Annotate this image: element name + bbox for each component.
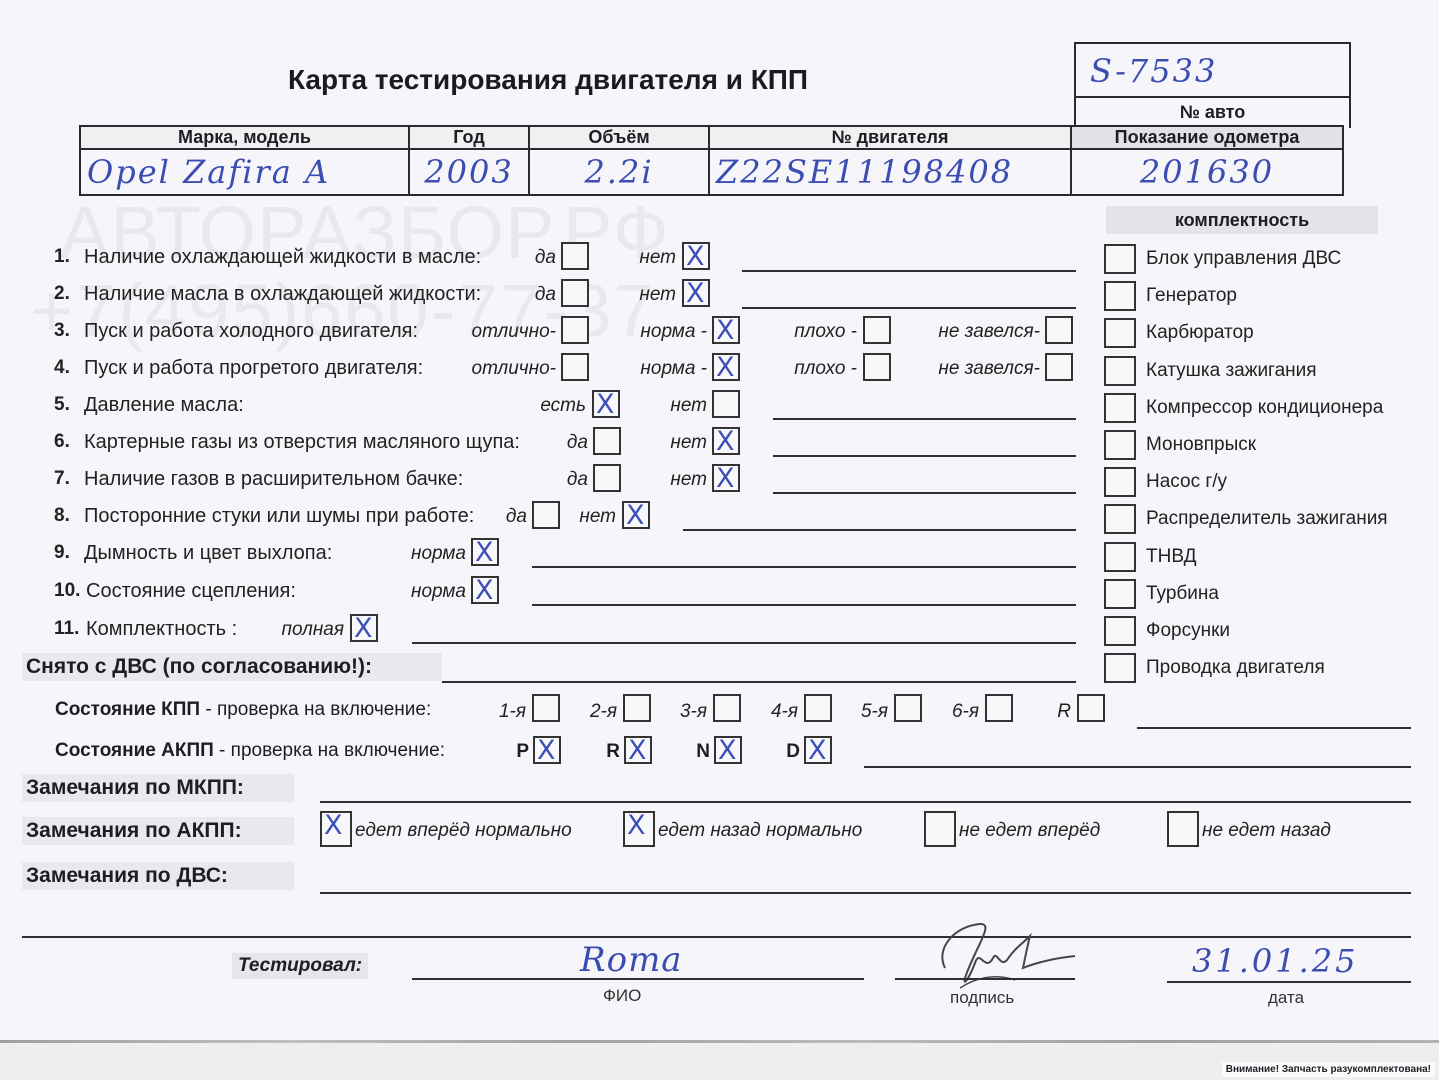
extra-remarks-line[interactable]: [22, 936, 1411, 938]
check-option-label: отлично-: [472, 321, 556, 343]
check-option-checkbox[interactable]: [712, 390, 740, 418]
gear-label: 6-я: [952, 701, 979, 723]
akpp-mode-checkbox[interactable]: [804, 736, 832, 764]
check-option-checkbox[interactable]: [1045, 316, 1073, 344]
akpp-remark-label: едет назад нормально: [658, 820, 862, 842]
odometer-value[interactable]: 201630: [1071, 149, 1343, 195]
gear-label: R: [1057, 701, 1071, 723]
kpp-label: Состояние КПП - проверка на включение:: [55, 699, 431, 721]
check-option-label: нет: [639, 284, 676, 306]
completeness-checkbox[interactable]: [1104, 542, 1136, 572]
check-option-label: норма: [411, 543, 466, 565]
check-option-label: нет: [670, 432, 707, 454]
check-number: 6.: [54, 431, 70, 453]
check-number: 11.: [54, 618, 79, 640]
akpp-remark-label: не едет вперёд: [959, 820, 1100, 842]
mkpp-remarks-line[interactable]: [320, 801, 1411, 803]
check-label: Состояние сцепления:: [86, 580, 296, 603]
akpp-mode-label: R: [606, 741, 620, 763]
col-year: Год: [409, 126, 529, 149]
completeness-item[interactable]: Распределитель зажигания: [1104, 504, 1388, 534]
akpp-remark-label: едет вперёд нормально: [355, 820, 572, 842]
dvs-remarks-line[interactable]: [320, 892, 1411, 894]
check-option-label: да: [567, 469, 588, 491]
check-notes-line[interactable]: [773, 492, 1076, 494]
date-value[interactable]: 31.01.25: [1192, 942, 1359, 980]
completeness-item[interactable]: Компрессор кондиционера: [1104, 393, 1383, 423]
signature-mark[interactable]: [935, 918, 1085, 998]
completeness-item-label: Моновпрыск: [1146, 434, 1256, 455]
completeness-checkbox[interactable]: [1104, 616, 1136, 646]
check-option-checkbox[interactable]: [593, 464, 621, 492]
check-option-label: норма -: [640, 358, 707, 380]
check-option-label: полная: [282, 619, 345, 641]
check-number: 4.: [54, 357, 70, 379]
gear-label: 5-я: [861, 701, 888, 723]
gear-checkbox[interactable]: [532, 694, 560, 722]
check-number: 7.: [54, 468, 70, 490]
removed-parts-label: Снято с ДВС (по согласованию!):: [22, 653, 442, 681]
completeness-item-label: Генератор: [1146, 285, 1237, 306]
check-option-checkbox[interactable]: [561, 316, 589, 344]
check-option-checkbox[interactable]: [682, 242, 710, 270]
completeness-item-label: Карбюратор: [1146, 322, 1254, 343]
check-option-checkbox[interactable]: [593, 427, 621, 455]
date-caption: дата: [1268, 988, 1304, 1008]
signature-line[interactable]: [895, 978, 1075, 980]
check-option-checkbox[interactable]: [712, 464, 740, 492]
check-option-checkbox[interactable]: [712, 427, 740, 455]
completeness-item-label: Блок управления ДВС: [1146, 248, 1341, 269]
completeness-item-label: Катушка зажигания: [1146, 360, 1317, 381]
check-number: 5.: [54, 394, 70, 416]
auto-number-value[interactable]: S-7533: [1090, 52, 1217, 90]
mkpp-remarks-label: Замечания по МКПП:: [22, 774, 294, 802]
gear-label: 4-я: [771, 701, 798, 723]
completeness-item[interactable]: Блок управления ДВС: [1104, 244, 1341, 274]
gear-checkbox[interactable]: [894, 694, 922, 722]
check-option-checkbox[interactable]: [863, 316, 891, 344]
check-option-checkbox[interactable]: [350, 614, 378, 642]
completeness-checkbox[interactable]: [1104, 318, 1136, 348]
akpp-mode-checkbox[interactable]: [533, 736, 561, 764]
completeness-checkbox[interactable]: [1104, 504, 1136, 534]
check-option-checkbox[interactable]: [592, 390, 620, 418]
date-line[interactable]: [1167, 981, 1411, 983]
year-value[interactable]: 2003: [409, 149, 529, 195]
completeness-item-label: Компрессор кондиционера: [1146, 397, 1383, 418]
check-notes-line[interactable]: [412, 642, 1076, 644]
completeness-item[interactable]: Проводка двигателя: [1104, 653, 1325, 683]
check-notes-line[interactable]: [683, 529, 1076, 531]
gear-label: 2-я: [590, 701, 617, 723]
make-model-value[interactable]: Opel Zafira A: [80, 149, 409, 195]
gear-checkbox[interactable]: [713, 694, 741, 722]
kpp-notes-line[interactable]: [1137, 727, 1411, 729]
dvs-remarks-label: Замечания по ДВС:: [22, 862, 294, 890]
akpp-mode-label: D: [786, 741, 800, 763]
akpp-remark-checkbox[interactable]: [1167, 811, 1199, 847]
check-option-label: норма: [411, 581, 466, 603]
completeness-checkbox[interactable]: [1104, 244, 1136, 274]
vehicle-info-table: Марка, модель Год Объём № двигателя Пока…: [79, 125, 1344, 196]
check-option-checkbox[interactable]: [1045, 353, 1073, 381]
check-option-label: нет: [670, 395, 707, 417]
completeness-item[interactable]: Форсунки: [1104, 616, 1230, 646]
volume-value[interactable]: 2.2i: [529, 149, 709, 195]
check-option-label: да: [535, 284, 556, 306]
completeness-item[interactable]: ТНВД: [1104, 542, 1196, 572]
completeness-checkbox[interactable]: [1104, 356, 1136, 386]
check-option-label: да: [506, 506, 527, 528]
check-notes-line[interactable]: [742, 270, 1076, 272]
check-option-checkbox[interactable]: [471, 576, 499, 604]
completeness-item[interactable]: Катушка зажигания: [1104, 356, 1317, 386]
check-option-label: норма -: [640, 321, 707, 343]
completeness-item-label: Распределитель зажигания: [1146, 508, 1388, 529]
check-notes-line[interactable]: [773, 455, 1076, 457]
check-label: Картерные газы из отверстия масляного щу…: [84, 431, 520, 454]
check-option-label: нет: [579, 506, 616, 528]
check-number: 10.: [54, 580, 80, 602]
completeness-checkbox[interactable]: [1104, 430, 1136, 460]
akpp-mode-checkbox[interactable]: [714, 736, 742, 764]
check-number: 2.: [54, 283, 70, 305]
check-label: Давление масла:: [84, 394, 244, 417]
akpp-mode-label: N: [696, 741, 710, 763]
completeness-checkbox[interactable]: [1104, 579, 1136, 609]
completeness-item[interactable]: Карбюратор: [1104, 318, 1254, 348]
check-option-label: да: [535, 247, 556, 269]
col-volume: Объём: [529, 126, 709, 149]
completeness-checkbox[interactable]: [1104, 393, 1136, 423]
gear-checkbox[interactable]: [1077, 694, 1105, 722]
check-option-checkbox[interactable]: [471, 538, 499, 566]
tester-name-value[interactable]: Roma: [580, 940, 683, 980]
check-option-label: есть: [540, 395, 586, 417]
akpp-mode-checkbox[interactable]: [624, 736, 652, 764]
check-number: 1.: [54, 246, 70, 268]
check-option-checkbox[interactable]: [561, 279, 589, 307]
akpp-label: Состояние АКПП - проверка на включение:: [55, 740, 445, 762]
check-number: 8.: [54, 505, 70, 527]
check-label: Пуск и работа прогретого двигателя:: [84, 357, 423, 380]
akpp-remark-label: не едет назад: [1202, 820, 1331, 842]
check-option-label: не завелся-: [938, 358, 1040, 380]
check-option-checkbox[interactable]: [532, 501, 560, 529]
incomplete-part-notice: Внимание! Запчасть разукомплектована!: [1222, 1062, 1435, 1077]
check-option-checkbox[interactable]: [622, 501, 650, 529]
check-label: Пуск и работа холодного двигателя:: [84, 320, 418, 343]
check-label: Посторонние стуки или шумы при работе:: [84, 505, 474, 528]
gear-checkbox[interactable]: [804, 694, 832, 722]
check-label: Наличие охлаждающей жидкости в масле:: [84, 246, 481, 269]
gear-checkbox[interactable]: [985, 694, 1013, 722]
completeness-heading: комплектность: [1106, 206, 1378, 234]
check-number: 3.: [54, 320, 70, 342]
check-label: Наличие газов в расширительном бачке:: [84, 468, 463, 491]
check-option-label: нет: [670, 469, 707, 491]
completeness-item[interactable]: Генератор: [1104, 281, 1237, 311]
check-option-label: да: [567, 432, 588, 454]
completeness-item[interactable]: Моновпрыск: [1104, 430, 1256, 460]
tested-by-label: Тестировал:: [232, 953, 368, 979]
check-notes-line[interactable]: [532, 604, 1076, 606]
check-label: Наличие масла в охлаждающей жидкости:: [84, 283, 481, 306]
gear-label: 3-я: [680, 701, 707, 723]
gear-checkbox[interactable]: [623, 694, 651, 722]
page-title: Карта тестирования двигателя и КПП: [288, 64, 808, 96]
check-option-label: не завелся-: [938, 321, 1040, 343]
completeness-item-label: Турбина: [1146, 583, 1219, 604]
check-option-checkbox[interactable]: [712, 353, 740, 381]
akpp-remark-checkbox[interactable]: [623, 811, 655, 847]
check-label: Комплектность :: [86, 618, 237, 641]
akpp-notes-line[interactable]: [864, 766, 1411, 768]
check-notes-line[interactable]: [773, 418, 1076, 420]
check-option-checkbox[interactable]: [712, 316, 740, 344]
check-option-checkbox[interactable]: [682, 279, 710, 307]
auto-number-label: № авто: [1076, 96, 1349, 123]
akpp-remark-checkbox[interactable]: [320, 811, 352, 847]
gear-label: 1-я: [499, 701, 526, 723]
auto-number-box: S-7533 № авто: [1074, 42, 1351, 128]
check-option-checkbox[interactable]: [561, 242, 589, 270]
akpp-remarks-label: Замечания по АКПП:: [22, 817, 294, 845]
check-label: Дымность и цвет выхлопа:: [84, 542, 332, 565]
tester-name-caption: ФИО: [603, 986, 641, 1006]
removed-parts-line[interactable]: [442, 681, 1076, 683]
completeness-item-label: Проводка двигателя: [1146, 657, 1325, 678]
completeness-checkbox[interactable]: [1104, 653, 1136, 683]
check-option-checkbox[interactable]: [863, 353, 891, 381]
completeness-item[interactable]: Насос г/у: [1104, 467, 1227, 497]
check-option-label: плохо -: [794, 358, 857, 380]
col-engine-number: № двигателя: [709, 126, 1071, 149]
check-option-label: отлично-: [472, 358, 556, 380]
check-notes-line[interactable]: [742, 307, 1076, 309]
completeness-checkbox[interactable]: [1104, 467, 1136, 497]
completeness-checkbox[interactable]: [1104, 281, 1136, 311]
check-option-label: плохо -: [794, 321, 857, 343]
check-number: 9.: [54, 542, 70, 564]
completeness-item[interactable]: Турбина: [1104, 579, 1219, 609]
completeness-item-label: ТНВД: [1146, 546, 1196, 567]
col-make-model: Марка, модель: [80, 126, 409, 149]
tester-name-line[interactable]: [412, 978, 864, 980]
completeness-item-label: Форсунки: [1146, 620, 1230, 641]
check-notes-line[interactable]: [532, 566, 1076, 568]
col-odometer: Показание одометра: [1071, 126, 1343, 149]
signature-caption: подпись: [950, 988, 1014, 1008]
akpp-remark-checkbox[interactable]: [924, 811, 956, 847]
check-option-label: нет: [639, 247, 676, 269]
check-option-checkbox[interactable]: [561, 353, 589, 381]
completeness-item-label: Насос г/у: [1146, 471, 1227, 492]
akpp-mode-label: P: [516, 741, 529, 763]
engine-number-value[interactable]: Z22SE11198408: [709, 149, 1071, 195]
